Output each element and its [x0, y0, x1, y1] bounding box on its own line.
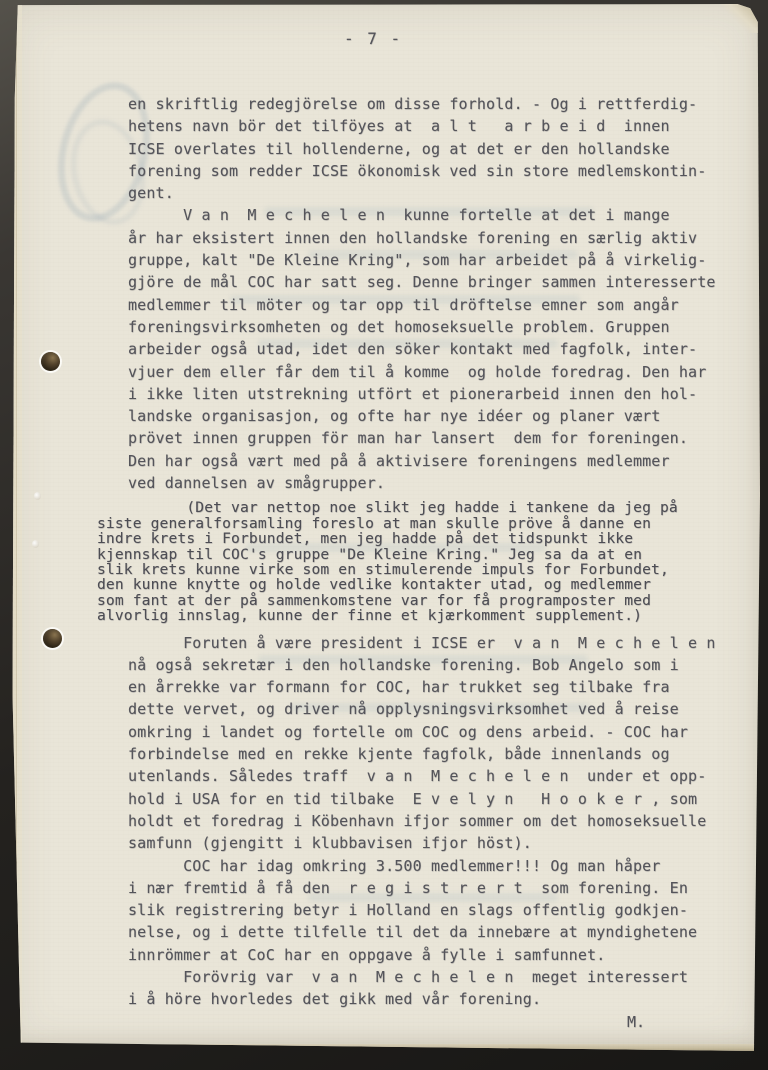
- scanned-document-photo: - 7 - en skriftlig redegjörelse om disse…: [0, 0, 768, 1070]
- body-paragraph: COC har idag omkring 3.500 medlemmer!!! …: [128, 855, 734, 966]
- signature-initial: M.: [128, 1011, 734, 1033]
- body-paragraph: Foruten å være president i ICSE er v a n…: [128, 632, 734, 855]
- page-number: - 7 -: [128, 28, 734, 50]
- paper-dent: [32, 540, 39, 548]
- body-paragraph: V a n M e c h e l e n kunne fortelle at …: [128, 204, 734, 494]
- typewritten-content: - 7 - en skriftlig redegjörelse om disse…: [128, 28, 734, 1033]
- page-stack-edge: [8, 3, 22, 1051]
- punch-hole-bottom: [43, 629, 62, 648]
- paper-dent: [34, 492, 41, 500]
- paper-dent: [103, 1045, 109, 1051]
- document-page: - 7 - en skriftlig redegjörelse om disse…: [8, 3, 760, 1051]
- punch-hole-top: [41, 352, 60, 371]
- page-stack-bottom-edge: [18, 1044, 756, 1051]
- parenthetical-paragraph: (Det var nettop noe slikt jeg hadde i ta…: [97, 500, 734, 623]
- body-paragraph: en skriftlig redegjörelse om disse forho…: [128, 93, 734, 204]
- body-paragraph: Forövrig var v a n M e c h e l e n meget…: [128, 966, 734, 1011]
